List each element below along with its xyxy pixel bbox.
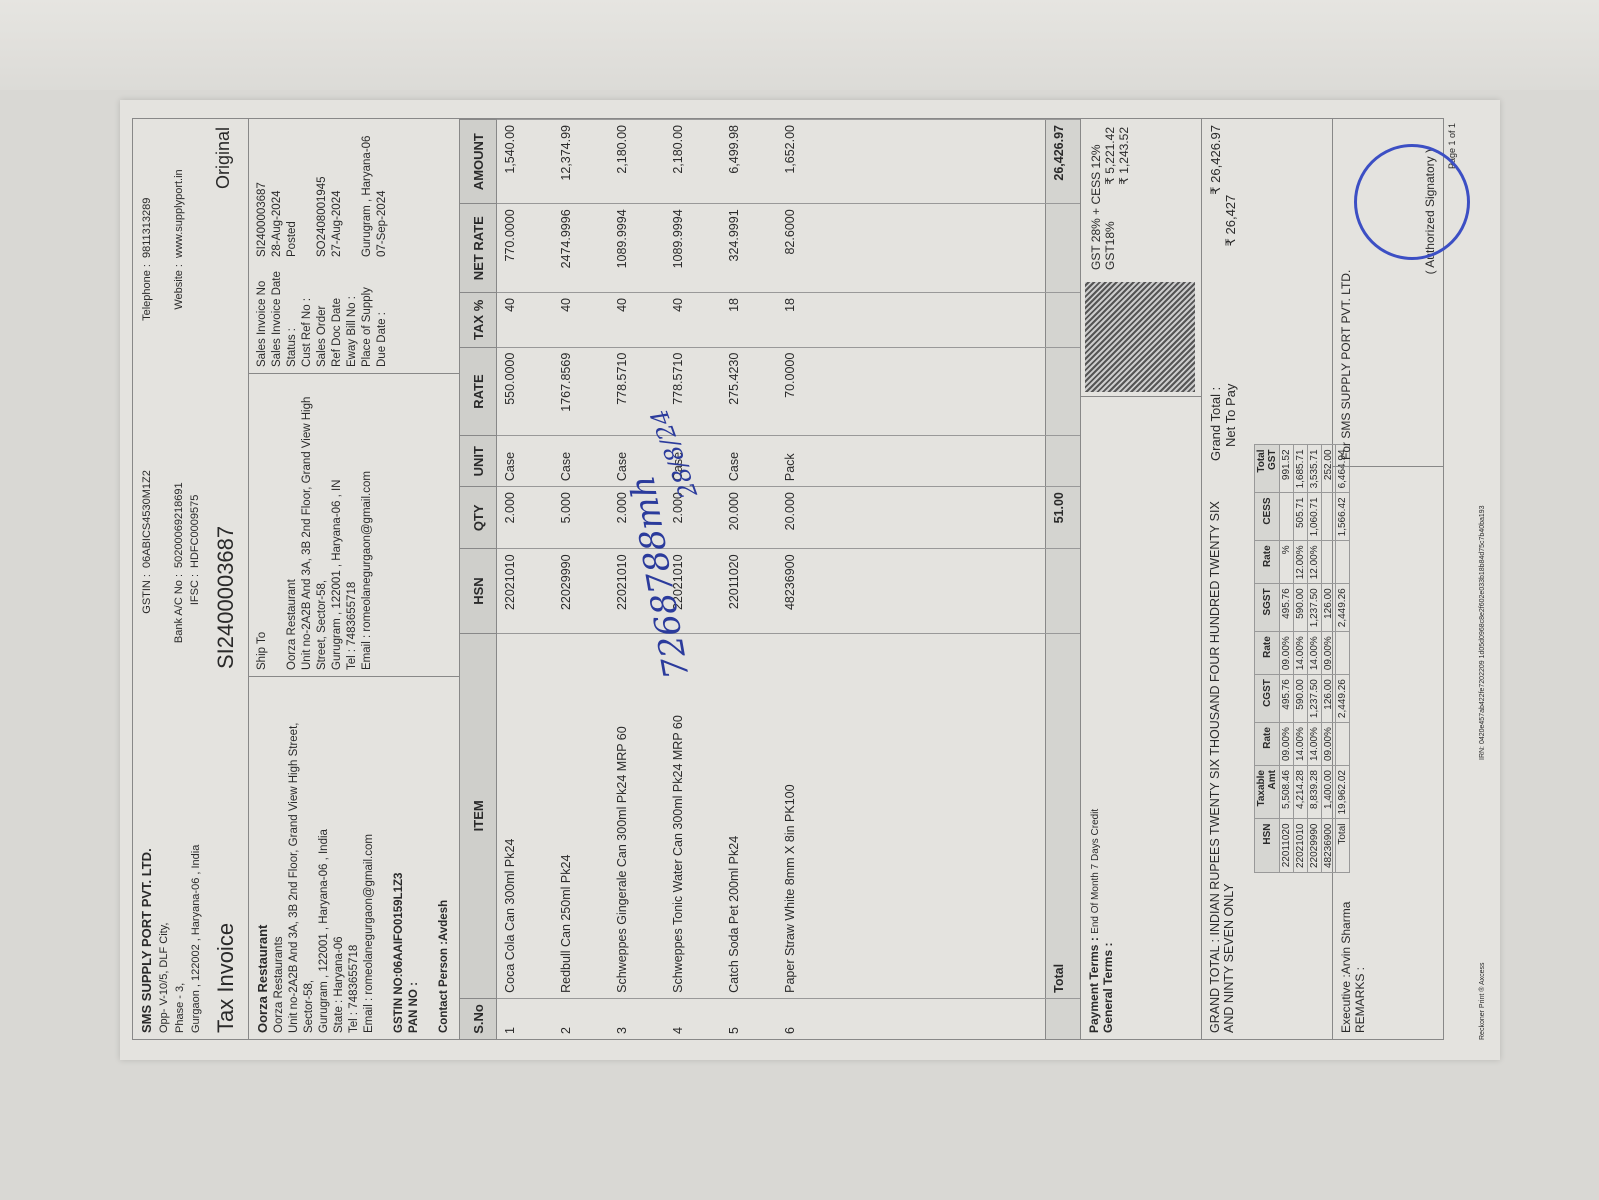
table-cell: 22011020 xyxy=(721,549,777,633)
table-cell: 20.000 xyxy=(777,487,833,549)
column-header: NET RATE xyxy=(460,204,497,293)
bill-to-line: Oorza Restaurants xyxy=(272,683,287,1033)
net-to-pay-value: ₹ 26,427 xyxy=(1223,195,1239,247)
meta-value: Gurugram , Haryana-06 xyxy=(360,125,375,257)
total-cell xyxy=(1046,549,1081,633)
ship-to-line: Email : romeolanegurgaon@gmail.com xyxy=(360,380,375,670)
table-cell: 40 xyxy=(497,292,554,347)
bill-to-line: Email : romeolanegurgaon@gmail.com xyxy=(362,683,377,1033)
invoice-number: SI2400003687 xyxy=(213,526,239,669)
table-cell: Catch Soda Pet 200ml Pk24 xyxy=(721,633,777,998)
table-cell: 09.00% xyxy=(1280,632,1294,675)
invoice-meta: Sales Invoice NoSI2400003687Sales Invoic… xyxy=(249,119,459,373)
ifsc-code: HDFC0009575 xyxy=(189,495,201,568)
table-cell: 14.00% xyxy=(1294,632,1308,675)
ship-to-label: Ship To xyxy=(256,632,268,670)
table-cell: 5 xyxy=(721,998,777,1039)
table-row: 1Coca Cola Can 300ml Pk24220210102.000Ca… xyxy=(497,120,554,1040)
grand-total-label: Grand Total : xyxy=(1208,387,1223,461)
total-cell: 51.00 xyxy=(1046,487,1081,549)
column-header: RATE xyxy=(460,347,497,436)
table-cell: 82.6000 xyxy=(777,204,833,293)
terms: Payment Terms : End Of Month 7 Days Cred… xyxy=(1081,396,1201,1039)
table-cell xyxy=(1280,493,1294,541)
table-cell: 20.000 xyxy=(721,487,777,549)
meta-value xyxy=(345,125,360,257)
meta-label: Place of Supply xyxy=(360,257,375,367)
table-cell: 495.76 xyxy=(1280,675,1294,723)
invoice-sheet: SMS SUPPLY PORT PVT. LTD. Opp- V-10/5, D… xyxy=(120,100,1500,1060)
table-cell: 70.0000 xyxy=(777,347,833,436)
table-cell: 5.000 xyxy=(553,487,609,549)
table-cell: 48236900 xyxy=(777,549,833,633)
bill-to-gstin: GSTIN NO:06AAIFO0159L1Z3 xyxy=(393,873,405,1033)
column-header: AMOUNT xyxy=(460,120,497,204)
table-cell: 22029990 xyxy=(553,549,609,633)
telephone-label: Telephone : xyxy=(139,264,155,359)
table-row: 5Catch Soda Pet 200ml Pk242201102020.000… xyxy=(721,120,777,1040)
table-cell: 590.00 xyxy=(1294,675,1308,723)
bill-to-line: Tel : 7483655718 xyxy=(347,683,362,1033)
company-address: Phase - 3, xyxy=(174,983,186,1033)
total-cell xyxy=(1046,204,1081,293)
table-cell: 4 xyxy=(665,998,721,1039)
table-cell: 550.0000 xyxy=(497,347,554,436)
meta-label: Due Date : xyxy=(375,257,390,367)
table-cell: 2 xyxy=(553,998,609,1039)
table-cell: 6,499.98 xyxy=(721,120,777,204)
table-cell: 495.76 xyxy=(1280,584,1294,632)
meta-label: Sales Order xyxy=(315,257,330,367)
column-header: Rate xyxy=(1255,723,1280,766)
table-row: 6Paper Straw White 8mm X 8in PK100482369… xyxy=(777,120,833,1040)
ifsc-label: IFSC : xyxy=(187,574,203,669)
total-cell xyxy=(1046,292,1081,347)
table-cell: 1,540.00 xyxy=(497,120,554,204)
table-cell: Case xyxy=(553,436,609,487)
table-cell: 12.00% xyxy=(1308,541,1322,584)
ship-to-line: Gurugram , 122001 , Haryana-06 , IN xyxy=(330,380,345,670)
table-cell: 2.000 xyxy=(497,487,554,549)
photo-background xyxy=(0,0,1599,90)
column-header: CGST xyxy=(1255,675,1280,723)
bill-to-line: Gurugram , 122001 , Haryana-06 , India xyxy=(317,683,332,1033)
column-header: HSN xyxy=(460,549,497,633)
table-cell: 5,508.46 xyxy=(1280,766,1294,820)
meta-label: Eway Bill No : xyxy=(345,257,360,367)
table-cell: 1,060.71 xyxy=(1308,493,1322,541)
table-cell: 09.00% xyxy=(1280,723,1294,766)
total-cell: 26,426.97 xyxy=(1046,120,1081,204)
column-header: Taxable Amt xyxy=(1255,766,1280,820)
column-header: CESS xyxy=(1255,493,1280,541)
table-cell: 1 xyxy=(497,998,554,1039)
table-cell: 4,214.28 xyxy=(1294,766,1308,820)
table-cell: Schweppes Tonic Water Can 300ml Pk24 MRP… xyxy=(665,633,721,998)
ship-to-line: Oorza Restaurant xyxy=(285,380,300,670)
column-header: Rate xyxy=(1255,541,1280,584)
copy-label: Original xyxy=(213,127,234,189)
gst-summary: GST 28% + CESS 12%₹ 5,221.42GST18%₹ 1,24… xyxy=(1081,119,1201,278)
table-cell: Paper Straw White 8mm X 8in PK100 xyxy=(777,633,833,998)
table-cell: Redbull Can 250ml Pk24 xyxy=(553,633,609,998)
amount-in-words: GRAND TOTAL : INDIAN RUPEES TWENTY SIX T… xyxy=(1208,501,1236,1033)
table-cell: Case xyxy=(497,436,554,487)
table-row: 220210104,214.2814.00%590.0014.00%590.00… xyxy=(1294,445,1308,873)
table-cell: 40 xyxy=(553,292,609,347)
column-header: S.No xyxy=(460,998,497,1039)
company-address: Opp- V-10/5, DLF City, xyxy=(158,923,170,1033)
table-cell: 3 xyxy=(609,998,665,1039)
table-cell: 18 xyxy=(777,292,833,347)
table-cell: 22021010 xyxy=(1294,819,1308,873)
table-cell: Coca Cola Can 300ml Pk24 xyxy=(497,633,554,998)
invoice-header: SMS SUPPLY PORT PVT. LTD. Opp- V-10/5, D… xyxy=(133,119,249,1039)
total-cell xyxy=(1046,347,1081,436)
company-stamp xyxy=(1354,144,1470,260)
payment-terms: End Of Month 7 Days Credit xyxy=(1090,809,1101,934)
total-cell: Total xyxy=(1046,633,1081,998)
table-cell: 1767.8569 xyxy=(553,347,609,436)
table-cell: 22021010 xyxy=(497,549,554,633)
for-company: For SMS SUPPLY PORT PVT. LTD. xyxy=(1339,270,1353,460)
table-cell: 324.9991 xyxy=(721,204,777,293)
column-header: TAX % xyxy=(460,292,497,347)
table-cell: 40 xyxy=(665,292,721,347)
meta-label: Status : xyxy=(285,257,300,367)
ship-to-line: Tel : 7483655718 xyxy=(345,380,360,670)
items-table: S.NoITEMHSNQTYUNITRATETAX %NET RATEAMOUN… xyxy=(460,119,1081,1039)
column-header: SGST xyxy=(1255,584,1280,632)
table-cell: 770.0000 xyxy=(497,204,554,293)
gst-summary-row: GST 28% + CESS 12%₹ 5,221.42 xyxy=(1089,127,1103,270)
table-cell: 14.00% xyxy=(1308,723,1322,766)
meta-label: Cust Ref No : xyxy=(300,257,315,367)
website-label: Website : xyxy=(171,264,187,359)
meta-value: 27-Aug-2024 xyxy=(330,125,345,257)
irn: IRN: 0420e457ab422fe7202209 1d05d0968c8e… xyxy=(1479,505,1486,760)
website: www.supplyport.in xyxy=(173,169,185,258)
payment-terms-label: Payment Terms : xyxy=(1087,937,1101,1033)
meta-value: SO2408001945 xyxy=(315,125,330,257)
telephone: 9811313289 xyxy=(141,198,153,258)
bill-to-line: State : Haryana-06 xyxy=(332,683,347,1033)
column-header: QTY xyxy=(460,487,497,549)
table-cell: % xyxy=(1280,541,1294,584)
table-cell: 275.4230 xyxy=(721,347,777,436)
qr-code xyxy=(1085,282,1195,392)
column-header: UNIT xyxy=(460,436,497,487)
table-cell: Schweppes Gingerale Can 300ml Pk24 MRP 6… xyxy=(609,633,665,998)
table-cell: 18 xyxy=(721,292,777,347)
bill-to-name: Oorza Restaurant xyxy=(255,925,270,1033)
table-cell: 12.00% xyxy=(1294,541,1308,584)
table-row: 2Redbull Can 250ml Pk24220299905.000Case… xyxy=(553,120,609,1040)
table-cell: 505.71 xyxy=(1294,493,1308,541)
table-cell: 8,839.28 xyxy=(1308,766,1322,820)
table-cell: 1,237.50 xyxy=(1308,675,1322,723)
document-title: Tax Invoice xyxy=(213,923,239,1033)
table-cell: 590.00 xyxy=(1294,584,1308,632)
table-cell: 1089.9994 xyxy=(665,204,721,293)
printed-by: Reckoner Print ® Axcess xyxy=(1479,962,1486,1040)
meta-value: 07-Sep-2024 xyxy=(375,125,390,257)
meta-value xyxy=(300,125,315,257)
table-cell: 1,652.00 xyxy=(777,120,833,204)
table-cell: 40 xyxy=(609,292,665,347)
general-terms-label: General Terms : xyxy=(1101,943,1115,1033)
total-cell xyxy=(1046,436,1081,487)
column-header: HSN xyxy=(1255,819,1280,873)
table-cell: 2474.9996 xyxy=(553,204,609,293)
bill-to-line: Unit no-2A2B And 3A, 3B 2nd Floor, Grand… xyxy=(287,683,317,1033)
meta-value: Posted xyxy=(285,125,300,257)
table-cell: 1089.9994 xyxy=(609,204,665,293)
remarks-label: REMARKS : xyxy=(1353,967,1367,1033)
table-cell: 1,237.50 xyxy=(1308,584,1322,632)
meta-label: Sales Invoice No xyxy=(255,257,270,367)
meta-label: Ref Doc Date xyxy=(330,257,345,367)
company-address: Gurgaon , 122002 , Haryana-06 , India xyxy=(190,845,202,1033)
gstin-label: GSTIN : xyxy=(139,574,155,669)
table-cell: 6 xyxy=(777,998,833,1039)
ship-to-line: Unit no-2A2B And 3A, 3B 2nd Floor, Grand… xyxy=(300,380,330,670)
table-cell: 22029990 xyxy=(1308,819,1322,873)
meta-value: SI2400003687 xyxy=(255,125,270,257)
column-header: ITEM xyxy=(460,633,497,998)
company-name: SMS SUPPLY PORT PVT. LTD. xyxy=(139,848,154,1033)
table-row: 220110205,508.4609.00%495.7609.00%495.76… xyxy=(1280,445,1294,873)
company-gstin: 06ABICS4530M1Z2 xyxy=(141,470,153,568)
bank-label: Bank A/C No : xyxy=(171,574,187,669)
table-row: 220299908,839.2814.00%1,237.5014.00%1,23… xyxy=(1308,445,1322,873)
net-to-pay-label: Net To Pay xyxy=(1223,384,1238,447)
executive: Executive :Arvin Sharma xyxy=(1339,902,1353,1033)
table-cell: 2,180.00 xyxy=(665,120,721,204)
meta-value: 28-Aug-2024 xyxy=(270,125,285,257)
column-header: Rate xyxy=(1255,632,1280,675)
total-cell xyxy=(1046,998,1081,1039)
meta-label: Sales Invoice Date xyxy=(270,257,285,367)
table-cell: 22011020 xyxy=(1280,819,1294,873)
grand-total-value: ₹ 26,426.97 xyxy=(1208,125,1224,195)
ship-to: Ship To Oorza RestaurantUnit no-2A2B And… xyxy=(249,373,459,676)
table-cell: Pack xyxy=(777,436,833,487)
table-cell: 14.00% xyxy=(1294,723,1308,766)
table-cell: 14.00% xyxy=(1308,632,1322,675)
bill-to-pan: PAN NO : xyxy=(408,982,420,1033)
table-cell: 12,374.99 xyxy=(553,120,609,204)
bank-account: 50200069218691 xyxy=(173,482,185,568)
table-cell: 2,180.00 xyxy=(609,120,665,204)
total-row: Total51.0026,426.97 xyxy=(1046,120,1081,1040)
contact-person: Contact Person :Avdesh xyxy=(438,900,450,1033)
bill-to: Oorza Restaurant Oorza RestaurantsUnit n… xyxy=(249,676,459,1039)
table-cell: Case xyxy=(721,436,777,487)
